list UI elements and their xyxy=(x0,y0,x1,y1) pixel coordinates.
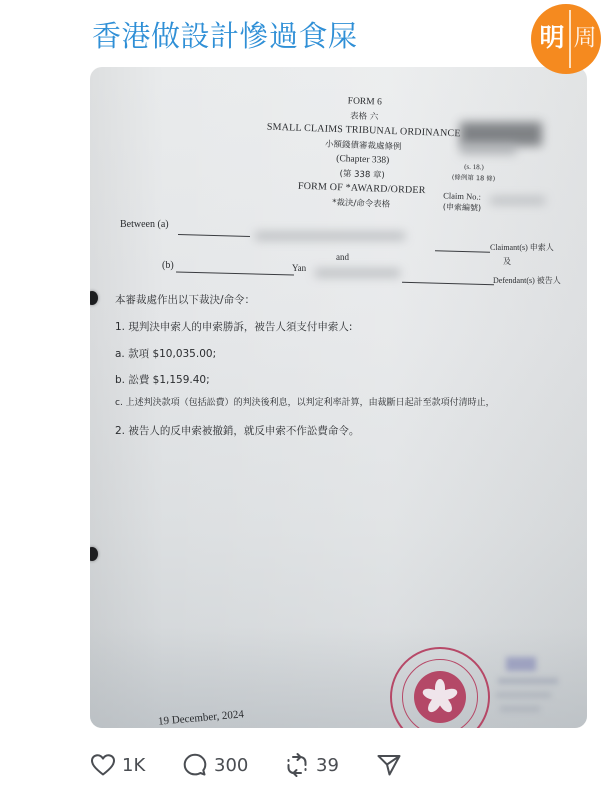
comment-count: 300 xyxy=(214,755,248,776)
like-count: 1K xyxy=(122,755,145,776)
claimant-label: Claimant(s) 申索人 xyxy=(490,242,554,253)
section-ref: (s. 18.) (條例第 18 條) xyxy=(452,161,496,185)
repost-count: 39 xyxy=(316,755,339,776)
redacted-claim-no xyxy=(490,197,545,204)
bauhinia-emblem-icon xyxy=(414,671,466,723)
heart-icon xyxy=(90,753,116,777)
comment-button[interactable]: 300 xyxy=(182,750,248,780)
publisher-logo[interactable]: 明 周 xyxy=(531,4,601,74)
post-actions-bar: 1K 300 39 xyxy=(90,750,510,780)
award-item-1b: b. 訟費 $1,159.40; xyxy=(115,372,210,387)
and-label-zh: 及 xyxy=(503,256,511,267)
post-headline: 香港做設計慘過食屎 xyxy=(92,14,358,58)
redacted-defendant-name xyxy=(315,269,400,277)
share-button[interactable] xyxy=(376,750,402,780)
between-label: Between (a) xyxy=(120,219,169,230)
send-icon xyxy=(376,752,402,778)
logo-char-left: 明 xyxy=(537,18,567,58)
repost-icon xyxy=(284,752,310,778)
post-image[interactable]: FORM 6 表格 六 SMALL CLAIMS TRIBUNAL ORDINA… xyxy=(90,67,587,728)
award-item-1a: a. 款項 $10,035.00; xyxy=(115,346,216,361)
claim-no-label-zh: (申索編號) xyxy=(443,201,482,214)
and-label: and xyxy=(336,252,349,262)
logo-char-right: 周 xyxy=(571,18,599,58)
award-intro: 本審裁處作出以下裁決/命令： xyxy=(115,292,255,307)
award-item-1c: c. 上述判決款項（包括訟費）的判決後利息，以判定利率計算，由裁斷日起計至款項付… xyxy=(115,395,495,408)
repost-button[interactable]: 39 xyxy=(284,750,339,780)
award-item-2: 2. 被告人的反申索被撤銷，就反申索不作訟費命令。 xyxy=(115,423,359,438)
comment-bubble-icon xyxy=(182,752,208,778)
defendant-label: Defendant(s) 被告人 xyxy=(493,275,561,286)
redacted-claimant-name xyxy=(255,232,405,240)
redacted-stamp xyxy=(460,143,516,155)
like-button[interactable]: 1K xyxy=(90,750,145,780)
defendant-name: Yan xyxy=(292,263,306,273)
b-label: (b) xyxy=(162,260,174,271)
award-item-1: 1. 現判決申索人的申索勝訴，被告人須支付申索人: xyxy=(115,319,352,334)
redacted-signature xyxy=(488,652,578,722)
claim-number: Claim No.: (申索編號) xyxy=(443,189,482,214)
